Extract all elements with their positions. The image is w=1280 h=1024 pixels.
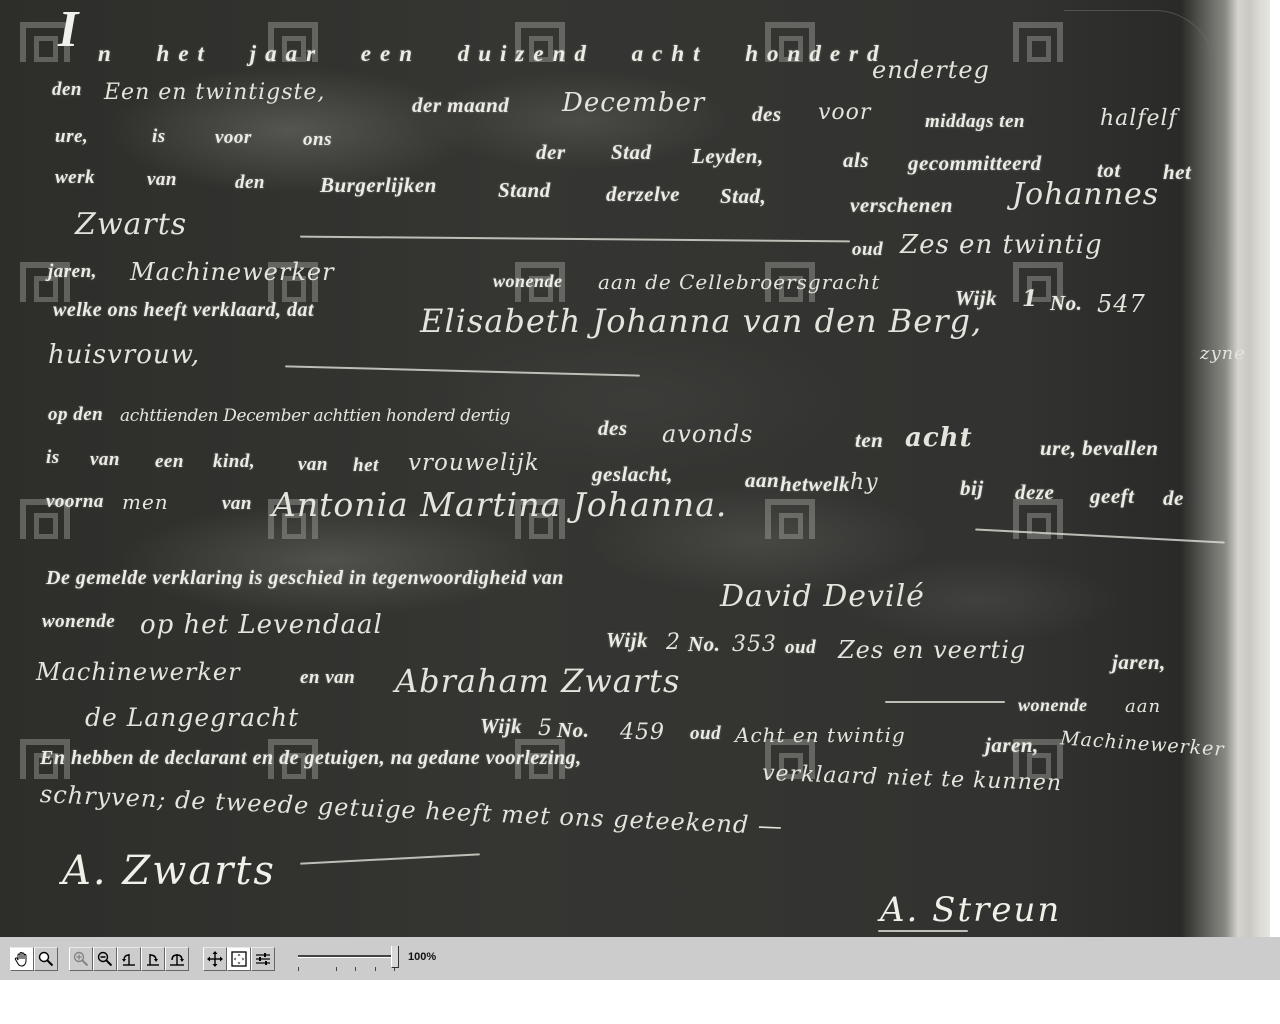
- record-line-10-word: het: [353, 456, 379, 475]
- zoom-out-icon: [96, 950, 114, 968]
- record-line-3-word: Stad: [611, 142, 652, 163]
- record-line-13-word: jaren,: [1112, 652, 1166, 673]
- record-line-7-mother: Elisabeth Johanna van den Berg,: [420, 305, 982, 337]
- record-line-1-handwritten: enderteg: [872, 58, 990, 82]
- record-line-13-number: 353: [732, 634, 777, 656]
- record-line-11-men: men: [122, 492, 169, 512]
- record-line-7-text: welke ons heeft verklaard, dat: [53, 300, 314, 320]
- signature-flourish: [300, 853, 480, 864]
- zoom-slider-thumb[interactable]: [391, 946, 399, 968]
- record-line-2-den: den: [52, 80, 82, 99]
- page-edge: [1236, 0, 1270, 937]
- record-line-10-hy: hy: [850, 472, 879, 494]
- record-line-14-word: wonende: [1018, 696, 1088, 714]
- fill-line: [885, 701, 1005, 703]
- fill-line: [285, 365, 640, 376]
- hand-icon: [13, 950, 31, 968]
- record-line-12-witness1: David Devilé: [720, 582, 925, 612]
- viewer-toolbar: [0, 937, 1280, 980]
- record-line-15-word: oud: [690, 724, 721, 743]
- record-line-2-des: des: [752, 104, 782, 125]
- document-image-viewer[interactable]: I n het jaar een duizend acht honderd en…: [0, 0, 1270, 937]
- record-line-4-word: Burgerlijken: [320, 175, 437, 196]
- record-line-9-word: ten: [855, 430, 883, 451]
- record-line-9-word: des: [598, 418, 628, 439]
- record-line-10-word: geslacht,: [592, 464, 673, 485]
- toolbar-group-zoom-rotate: [69, 947, 189, 971]
- record-line-9-hour: acht: [905, 425, 973, 451]
- signature-official: A. Streun: [880, 890, 1061, 930]
- record-line-13-word: No.: [688, 634, 720, 655]
- record-line-13-word: wonende: [42, 612, 115, 631]
- signature-flourish: [878, 930, 968, 932]
- record-line-4-word: werk: [55, 168, 95, 187]
- record-line-4-word: Stad,: [720, 186, 766, 207]
- record-line-6-word: wonende: [493, 272, 563, 290]
- fit-to-window-button[interactable]: [227, 947, 251, 971]
- record-line-4-word: den: [235, 173, 265, 192]
- record-line-13-street: op het Levendaal: [140, 612, 383, 638]
- record-line-1-printed: n het jaar een duizend acht honderd: [98, 42, 888, 65]
- record-line-6-word: No.: [1050, 293, 1082, 314]
- zoom-in-button[interactable]: [69, 947, 93, 971]
- record-line-2-day: Een en twintigste,: [104, 82, 325, 104]
- record-line-2-month-label: der maand: [412, 95, 509, 116]
- record-line-14-aan: aan: [1125, 698, 1161, 716]
- record-line-17-hand: schryven; de tweede getuige heeft met on…: [39, 782, 783, 838]
- record-line-14-word: en van: [300, 668, 355, 687]
- record-line-8-huisvrouw: huisvrouw,: [48, 342, 200, 368]
- record-line-4-word: van: [147, 170, 177, 189]
- record-line-9-word: ure, bevallen: [1040, 438, 1158, 459]
- signature-declarant: A. Zwarts: [62, 848, 276, 894]
- record-line-5-surname: Zwarts: [75, 210, 187, 240]
- record-line-16-text: En hebben de declarant en de getuigen, n…: [40, 748, 582, 768]
- record-line-3-word: als: [843, 150, 869, 171]
- record-line-3-word: het: [1163, 162, 1191, 183]
- rotate-left-button[interactable]: [117, 947, 141, 971]
- record-line-3-word: Leyden,: [692, 146, 764, 167]
- record-line-4-word: derzelve: [606, 184, 680, 205]
- record-line-6-profession: Machinewerker: [130, 260, 335, 284]
- record-line-3-word: gecommitteerd: [908, 153, 1042, 174]
- record-line-10-word: van: [90, 450, 120, 469]
- record-line-15-wijk: 5: [538, 718, 553, 740]
- slider-tick: [298, 967, 299, 971]
- slider-tick: [375, 967, 376, 971]
- slider-tick: [336, 967, 337, 971]
- record-line-10-word: van: [298, 455, 328, 474]
- toolbar-group-view: [203, 947, 275, 971]
- rotate-180-icon: [168, 950, 186, 968]
- watermark-icon: [1013, 22, 1063, 62]
- record-line-10-word: bij: [960, 478, 984, 499]
- record-line-15-word: No.: [557, 720, 589, 741]
- move-button[interactable]: [203, 947, 227, 971]
- zoom-slider[interactable]: [298, 946, 398, 972]
- record-line-2-middags: middags ten: [925, 112, 1025, 131]
- record-line-5-oud: oud: [852, 240, 883, 259]
- zoom-tool-button[interactable]: [34, 947, 58, 971]
- record-line-5-age: Zes en twintig: [900, 232, 1103, 258]
- record-line-14-witness2: Abraham Zwarts: [395, 665, 680, 697]
- record-line-10-word: geeft: [1090, 486, 1134, 507]
- move-arrows-icon: [206, 950, 224, 968]
- record-line-6-word: jaren,: [48, 262, 97, 281]
- record-line-6-wijk: 1: [1022, 288, 1038, 310]
- record-line-14-profession: Machinewerker: [36, 660, 241, 684]
- decorative-initial: I: [58, 4, 78, 56]
- magnifier-icon: [37, 950, 55, 968]
- adjust-sliders-icon: [254, 950, 272, 968]
- adjust-image-button[interactable]: [251, 947, 275, 971]
- record-line-13-word: oud: [785, 638, 816, 657]
- record-line-15-number: 459: [620, 722, 665, 744]
- record-line-15-age: Acht en twintig: [735, 725, 906, 745]
- rotate-right-button[interactable]: [141, 947, 165, 971]
- record-line-4-word: Stand: [498, 180, 551, 201]
- record-line-15-word: jaren,: [985, 735, 1039, 756]
- record-line-10-word: de: [1163, 488, 1184, 509]
- pan-button[interactable]: [10, 947, 34, 971]
- record-line-10-word: is: [46, 448, 60, 467]
- record-line-15-street: de Langegracht: [85, 705, 299, 730]
- record-line-10-word: aan: [745, 470, 779, 491]
- rotate-left-icon: [120, 950, 138, 968]
- record-line-4-word: verschenen: [850, 195, 953, 216]
- record-line-15-profession: Machinewerker: [1060, 729, 1226, 759]
- watermark-icon: [765, 499, 815, 539]
- record-line-6-street: aan de Cellebroersgracht: [598, 272, 880, 292]
- record-line-2-time: halfelf: [1100, 108, 1178, 130]
- record-line-10-word: hetwelk: [780, 474, 850, 495]
- record-line-11-child-name: Antonia Martina Johanna.: [272, 488, 727, 521]
- record-line-13-wijk: 2: [666, 632, 681, 654]
- record-line-13-age: Zes en veertig: [838, 638, 1026, 662]
- record-line-12-text: De gemelde verklaring is geschied in teg…: [46, 568, 564, 588]
- slider-tick: [355, 967, 356, 971]
- record-line-15-word: Wijk: [480, 716, 522, 737]
- zoom-in-icon: [72, 950, 90, 968]
- record-line-9-avonds: avonds: [662, 422, 753, 446]
- record-line-10-sex: vrouwelijk: [408, 452, 540, 475]
- record-line-3-word: is: [152, 127, 166, 146]
- record-line-2-voor: voor: [818, 102, 871, 124]
- zoom-out-button[interactable]: [93, 947, 117, 971]
- record-line-3-word: der: [536, 142, 566, 163]
- record-line-10-word: een: [155, 452, 184, 471]
- fit-to-window-icon: [230, 950, 248, 968]
- record-line-13-word: Wijk: [606, 630, 648, 651]
- record-line-9-date: achttienden December achttien honderd de…: [120, 408, 510, 425]
- record-line-3-word: ure,: [55, 127, 88, 146]
- record-line-11-word: van: [222, 494, 252, 513]
- record-line-6-number: 547: [1097, 292, 1146, 316]
- record-line-4-firstname: Johannes: [1012, 180, 1159, 210]
- zoom-slider-track[interactable]: [298, 955, 394, 958]
- record-line-11-word: voorna: [46, 492, 104, 511]
- record-line-10-word: kind,: [213, 452, 255, 471]
- record-line-10-word: deze: [1015, 482, 1054, 503]
- record-line-9-word: op den: [48, 405, 103, 424]
- record-line-7-zyne: zyne: [1200, 345, 1246, 363]
- record-line-2-month: December: [562, 90, 705, 116]
- record-line-3-word: voor: [215, 128, 252, 147]
- toolbar-group-navigation: [10, 947, 58, 971]
- rotate-180-button[interactable]: [165, 947, 189, 971]
- zoom-level-label: 100%: [408, 951, 436, 963]
- fill-line: [300, 236, 850, 243]
- rotate-right-icon: [144, 950, 162, 968]
- record-line-3-word: ons: [303, 130, 332, 149]
